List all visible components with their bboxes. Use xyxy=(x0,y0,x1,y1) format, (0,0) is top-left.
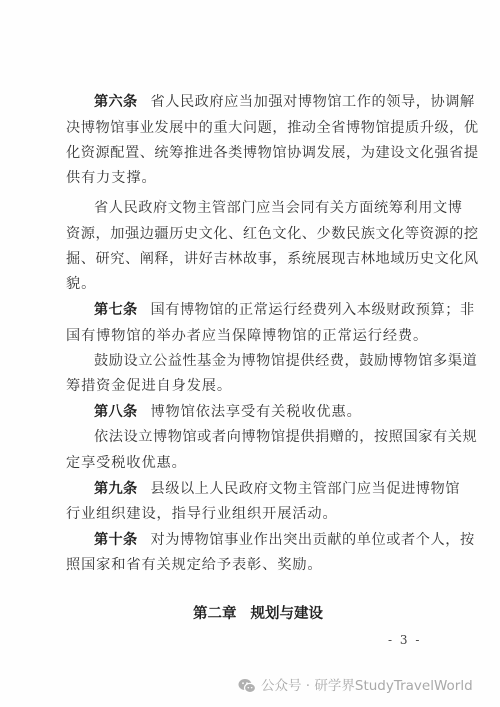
line-text: 博物馆依法享受有关税收优惠。 xyxy=(150,404,361,420)
line-text: 资源，加强边疆历史文化、红色文化、少数民族文化等资源的挖 xyxy=(66,226,479,242)
chapter-heading: 第二章规划与建设 xyxy=(193,602,323,626)
line-text: 县级以上人民政府文物主管部门应当促进博物馆 xyxy=(150,481,460,497)
line-text: 省人民政府应当加强对博物馆工作的领导，协调解 xyxy=(150,94,474,110)
line-text: 依法设立博物馆或者向博物馆提供捐赠的，按照国家有关规 xyxy=(94,429,477,445)
line-text: 行业组织建设，指导行业组织开展活动。 xyxy=(66,506,338,522)
article-line: 第八条博物馆依法享受有关税收优惠。 xyxy=(94,399,438,425)
article-number: 第九条 xyxy=(94,481,137,497)
paragraph-line: 鼓励设立公益性基金为博物馆提供经费，鼓励博物馆多渠道 xyxy=(94,348,438,374)
article-line: 第十条对为博物馆事业作出突出贡献的单位或者个人，按 xyxy=(94,527,438,553)
line-text: 掘、研究、阐释，讲好吉林故事，系统展现吉林地域历史文化风 xyxy=(66,251,479,267)
document-page: 第六条省人民政府应当加强对博物馆工作的领导，协调解决博物馆事业发展中的重大问题，… xyxy=(0,0,500,707)
chapter-number: 第二章 xyxy=(193,606,237,622)
paragraph-line: 貌。 xyxy=(66,271,438,297)
paragraph-line: 掘、研究、阐释，讲好吉林故事，系统展现吉林地域历史文化风 xyxy=(66,246,438,272)
paragraph-line: 省人民政府文物主管部门应当会同有关方面统筹利用文博 xyxy=(94,195,438,221)
paragraph-line: 决博物馆事业发展中的重大问题，推动全省博物馆提质升级，优 xyxy=(66,115,438,141)
chapter-title: 规划与建设 xyxy=(251,606,324,622)
paragraph-line: 国有博物馆的举办者应当保障博物馆的正常运行经费。 xyxy=(66,323,438,349)
article-line: 第九条县级以上人民政府文物主管部门应当促进博物馆 xyxy=(94,476,438,502)
line-text: 貌。 xyxy=(66,276,96,292)
line-text: 国有博物馆的正常运行经费列入本级财政预算；非 xyxy=(150,302,474,318)
article-number: 第七条 xyxy=(94,302,137,318)
paragraph-line: 供有力支撑。 xyxy=(66,165,438,191)
article-line: 第六条省人民政府应当加强对博物馆工作的领导，协调解 xyxy=(94,89,438,115)
line-text: 国有博物馆的举办者应当保障博物馆的正常运行经费。 xyxy=(66,328,428,344)
wechat-icon xyxy=(238,678,256,694)
paragraph-line: 定享受税收优惠。 xyxy=(66,450,438,476)
watermark: 公众号 · 研学界StudyTravelWorld xyxy=(238,675,473,697)
paragraph-line: 行业组织建设，指导行业组织开展活动。 xyxy=(66,501,438,527)
watermark-text: 公众号 · 研学界StudyTravelWorld xyxy=(261,675,473,697)
paragraph-line: 资源，加强边疆历史文化、红色文化、少数民族文化等资源的挖 xyxy=(66,221,438,247)
line-text: 筹措资金促进自身发展。 xyxy=(66,378,232,394)
line-text: 决博物馆事业发展中的重大问题，推动全省博物馆提质升级，优 xyxy=(66,120,479,136)
line-text: 鼓励设立公益性基金为博物馆提供经费，鼓励博物馆多渠道 xyxy=(94,353,477,369)
paragraph-line: 照国家和省有关规定给予表彰、奖励。 xyxy=(66,552,438,578)
article-number: 第十条 xyxy=(94,532,137,548)
article-number: 第八条 xyxy=(94,404,137,420)
line-text: 定享受税收优惠。 xyxy=(66,455,187,471)
line-text: 供有力支撑。 xyxy=(66,170,157,186)
article-line: 第七条国有博物馆的正常运行经费列入本级财政预算；非 xyxy=(94,297,438,323)
article-number: 第六条 xyxy=(94,94,137,110)
line-text: 对为博物馆事业作出突出贡献的单位或者个人，按 xyxy=(150,532,474,548)
page-number: - 3 - xyxy=(388,631,421,649)
paragraph-line: 依法设立博物馆或者向博物馆提供捐赠的，按照国家有关规 xyxy=(94,424,438,450)
line-text: 化资源配置、统筹推进各类博物馆协调发展，为建设文化强省提 xyxy=(66,145,479,161)
paragraph-line: 筹措资金促进自身发展。 xyxy=(66,373,438,399)
line-text: 省人民政府文物主管部门应当会同有关方面统筹利用文博 xyxy=(94,200,462,216)
line-text: 照国家和省有关规定给予表彰、奖励。 xyxy=(66,557,323,573)
paragraph-line: 化资源配置、统筹推进各类博物馆协调发展，为建设文化强省提 xyxy=(66,140,438,166)
